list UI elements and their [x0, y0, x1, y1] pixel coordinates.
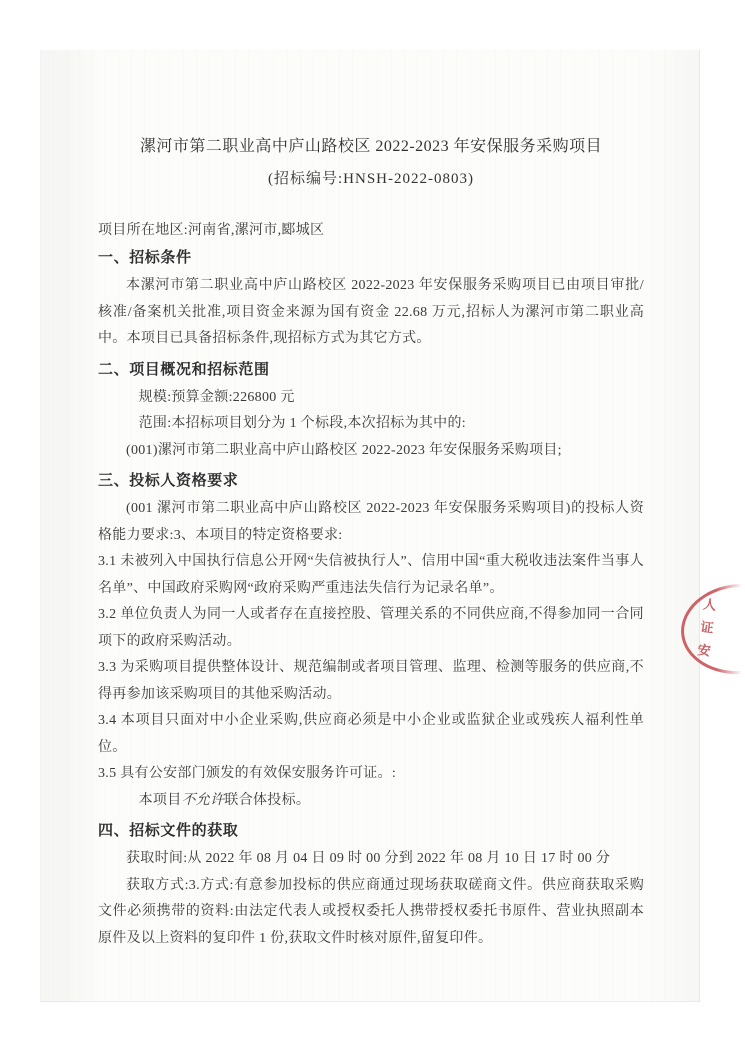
paragraph: 本漯河市第二职业高中庐山路校区 2022-2023 年安保服务采购项目已由项目审… — [98, 273, 644, 353]
paragraph-3-4: 3.4 本项目只面对中小企业采购,供应商必须是中小企业或监狱企业或残疾人福利性单… — [98, 708, 644, 761]
jv-prefix: 本项目 — [139, 793, 182, 808]
paragraph-obtain-method: 获取方式:3.方式:有意参加投标的供应商通过现场获取磋商文件。供应商获取采购文件… — [98, 873, 644, 953]
paragraph-lot: (001)漯河市第二职业高中庐山路校区 2022-2023 年安保服务采购项目; — [98, 438, 644, 465]
paragraph-scale: 规模:预算金额:226800 元 — [98, 385, 644, 412]
paragraph-3-3: 3.3 为采购项目提供整体设计、规范编制或者项目管理、监理、检测等服务的供应商,… — [98, 655, 644, 708]
section-heading-4: 四、招标文件的获取 — [98, 819, 644, 843]
document-page: 漯河市第二职业高中庐山路校区 2022-2023 年安保服务采购项目 (招标编号… — [40, 50, 700, 1002]
paragraph-scope: 范围:本招标项目划分为 1 个标段,本次招标为其中的: — [98, 411, 644, 438]
section-heading-1: 一、招标条件 — [98, 246, 644, 270]
project-location: 项目所在地区:河南省,漯河市,郾城区 — [98, 221, 644, 241]
jv-suffix: 联合体投标。 — [224, 793, 310, 808]
document-content: 漯河市第二职业高中庐山路校区 2022-2023 年安保服务采购项目 (招标编号… — [98, 50, 644, 952]
paragraph-3-1: 3.1 未被列入中国执行信息公开网“失信被执行人”、信用中国“重大税收违法案件当… — [98, 549, 644, 602]
section-heading-3: 三、投标人资格要求 — [98, 469, 644, 493]
tender-number: (招标编号:HNSH-2022-0803) — [98, 163, 644, 196]
paragraph-joint-venture: 本项目不允许联合体投标。 — [98, 788, 644, 815]
paragraph-3-2: 3.2 单位负责人为同一人或者存在直接控股、管理关系的不同供应商,不得参加同一合… — [98, 602, 644, 655]
section-heading-2: 二、项目概况和招标范围 — [98, 358, 644, 382]
paragraph-3-5: 3.5 具有公安部门颁发的有效保安服务许可证。: — [98, 761, 644, 788]
document-title: 漯河市第二职业高中庐山路校区 2022-2023 年安保服务采购项目 — [98, 130, 644, 163]
paragraph: (001 漯河市第二职业高中庐山路校区 2022-2023 年安保服务采购项目)… — [98, 496, 644, 549]
paragraph-obtain-time: 获取时间:从 2022 年 08 月 04 日 09 时 00 分到 2022 … — [98, 846, 644, 873]
jv-emphasis: 不允许 — [182, 793, 225, 808]
